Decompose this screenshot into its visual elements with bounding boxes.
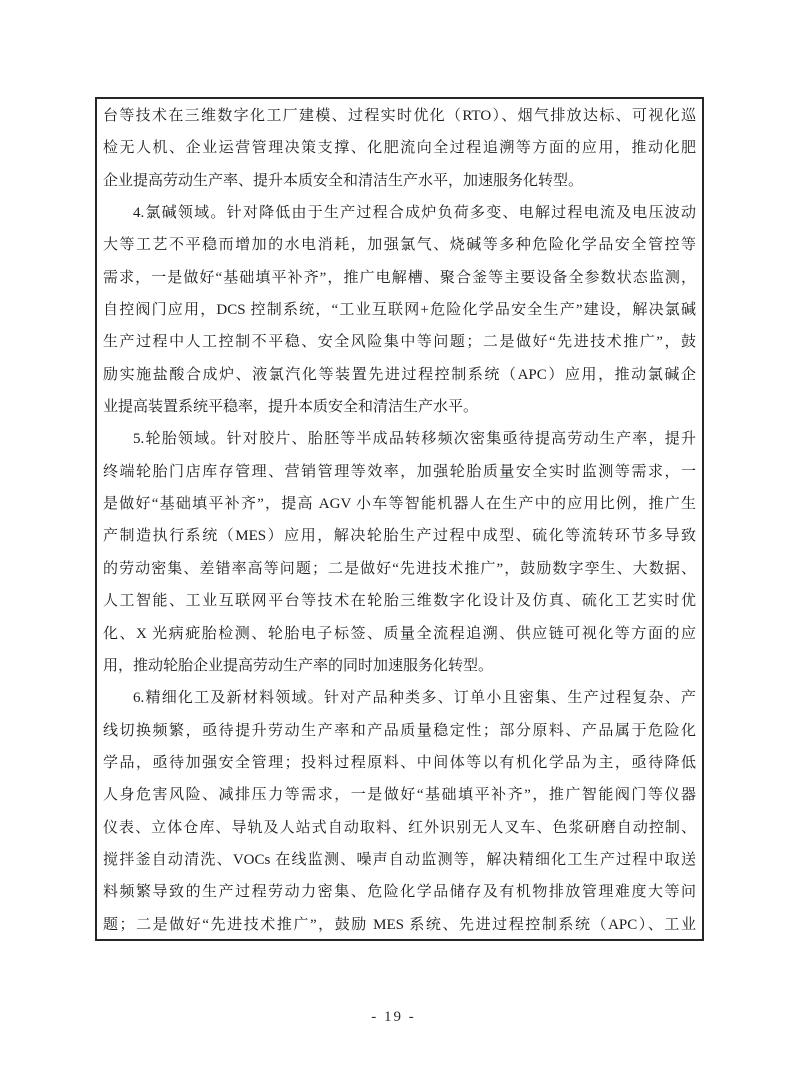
text-line: 生产过程中人工控制不平稳、安全风险集中等问题；二是做好“先进技术推广”，鼓 [103, 326, 696, 358]
text-line: 人工智能、工业互联网平台等技术在轮胎三维数字化设计及仿真、硫化工艺实时优 [103, 585, 696, 617]
text-line: 料频繁导致的生产过程劳动力密集、危险化学品储存及有机物排放管理难度大等问 [103, 876, 696, 908]
text-line: 搅拌釜自动清洗、VOCs 在线监测、噪声自动监测等，解决精细化工生产过程中取送 [103, 844, 696, 876]
text-line: 产制造执行系统（MES）应用，解决轮胎生产过程中成型、硫化等流转环节多导致 [103, 520, 696, 552]
text-line: 学品，亟待加强安全管理；投料过程原料、中间体等以有机化学品为主，亟待降低 [103, 747, 696, 779]
text-line: 是做好“基础填平补齐”，提高 AGV 小车等智能机器人在生产中的应用比例，推广生 [103, 488, 696, 520]
text-line: 自控阀门应用，DCS 控制系统，“工业互联网+危险化学品安全生产”建设，解决氯碱 [103, 294, 696, 326]
page-number: - 19 - [0, 1009, 787, 1026]
text-line: 4.氯碱领域。针对降低由于生产过程合成炉负荷多变、电解过程电流及电压波动 [103, 197, 696, 229]
text-line: 5.轮胎领域。针对胶片、胎胚等半成品转移频次密集亟待提高劳动生产率，提升 [103, 423, 696, 455]
text-line: 台等技术在三维数字化工厂建模、过程实时优化（RTO）、烟气排放达标、可视化巡 [103, 100, 696, 132]
text-line: 人身危害风险、减排压力等需求，一是做好“基础填平补齐”，推广智能阀门等仪器 [103, 779, 696, 811]
text-line: 线切换频繁，亟待提升劳动生产率和产品质量稳定性；部分原料、产品属于危险化 [103, 715, 696, 747]
text-line: 企业提高劳动生产率、提升本质安全和清洁生产水平，加速服务化转型。 [103, 165, 696, 197]
text-line: 业提高装置系统平稳率，提升本质安全和清洁生产水平。 [103, 391, 696, 423]
text-line: 大等工艺不平稳而增加的水电消耗，加强氯气、烧碱等多种危险化学品安全管控等 [103, 229, 696, 261]
text-line: 题；二是做好“先进技术推广”，鼓励 MES 系统、先进过程控制系统（APC）、工… [103, 909, 696, 941]
text-line: 需求，一是做好“基础填平补齐”，推广电解槽、聚合釜等主要设备全参数状态监测， [103, 262, 696, 294]
document-page: 台等技术在三维数字化工厂建模、过程实时优化（RTO）、烟气排放达标、可视化巡检无… [0, 0, 787, 1084]
text-line: 励实施盐酸合成炉、液氯汽化等装置先进过程控制系统（APC）应用，推动氯碱企 [103, 359, 696, 391]
text-line: 仪表、立体仓库、导轨及人站式自动取料、红外识别无人叉车、色浆研磨自动控制、 [103, 812, 696, 844]
document-table-cell: 台等技术在三维数字化工厂建模、过程实时优化（RTO）、烟气排放达标、可视化巡检无… [95, 97, 704, 941]
text-line: 6.精细化工及新材料领域。针对产品种类多、订单小且密集、生产过程复杂、产 [103, 682, 696, 714]
text-line: 化、X 光病疵胎检测、轮胎电子标签、质量全流程追溯、供应链可视化等方面的应 [103, 618, 696, 650]
text-line: 用，推动轮胎企业提高劳动生产率的同时加速服务化转型。 [103, 650, 696, 682]
text-line: 的劳动密集、差错率高等问题；二是做好“先进技术推广”，鼓励数字孪生、大数据、 [103, 553, 696, 585]
text-line: 检无人机、企业运营管理决策支撑、化肥流向全过程追溯等方面的应用，推动化肥 [103, 132, 696, 164]
text-line: 终端轮胎门店库存管理、营销管理等效率，加强轮胎质量安全实时监测等需求，一 [103, 456, 696, 488]
